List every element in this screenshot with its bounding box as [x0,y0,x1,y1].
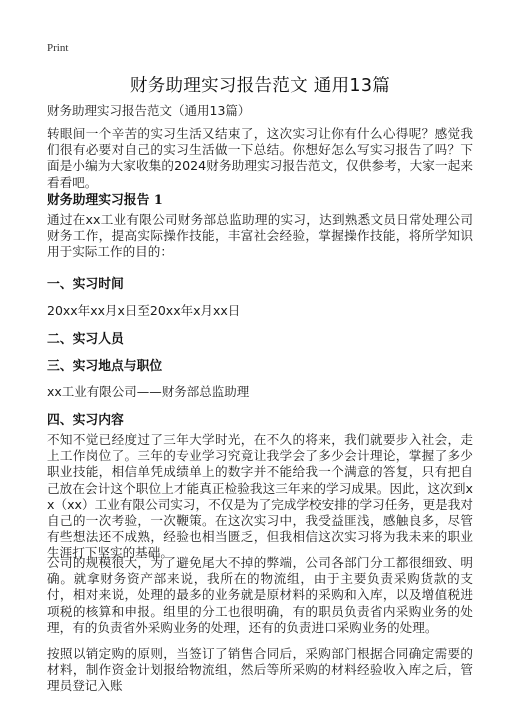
purpose-paragraph: 通过在xx工业有限公司财务部总监助理的实习，达到熟悉文员日常处理公司财务工作，提… [47,212,473,261]
internship-dates: 20xx年xx月x日至20xx年x月xx日 [47,301,240,319]
section-heading-personnel: 二、实习人员 [47,328,124,347]
report-heading: 财务助理实习报告 1 [47,189,163,208]
section-heading-content: 四、实习内容 [47,409,124,428]
section-heading-time: 一、实习时间 [47,273,124,292]
print-label[interactable]: Print [47,42,68,54]
content-paragraph-3: 按照以销定购的原则，当签订了销售合同后，采购部门根据合同确定需要的材料，制作资金… [47,646,473,695]
content-paragraph-2: 公司的规模很大，为了避免尾大不掉的弊端，公司各部门分工都很细致、明确。就拿财务资… [47,555,473,636]
section-heading-location: 三、实习地点与职位 [47,355,162,374]
intro-paragraph: 转眼间一个辛苦的实习生活又结束了，这次实习让你有什么心得呢？感觉我们很有必要对自… [47,126,473,191]
content-paragraph-1: 不知不觉已经度过了三年大学时光，在不久的将来，我们就要步入社会，走上工作岗位了。… [47,432,473,562]
internship-location: xx工业有限公司——财务部总监助理 [47,382,249,400]
page-title: 财务助理实习报告范文 通用13篇 [0,72,520,97]
document-subtitle: 财务助理实习报告范文（通用13篇） [47,101,250,119]
